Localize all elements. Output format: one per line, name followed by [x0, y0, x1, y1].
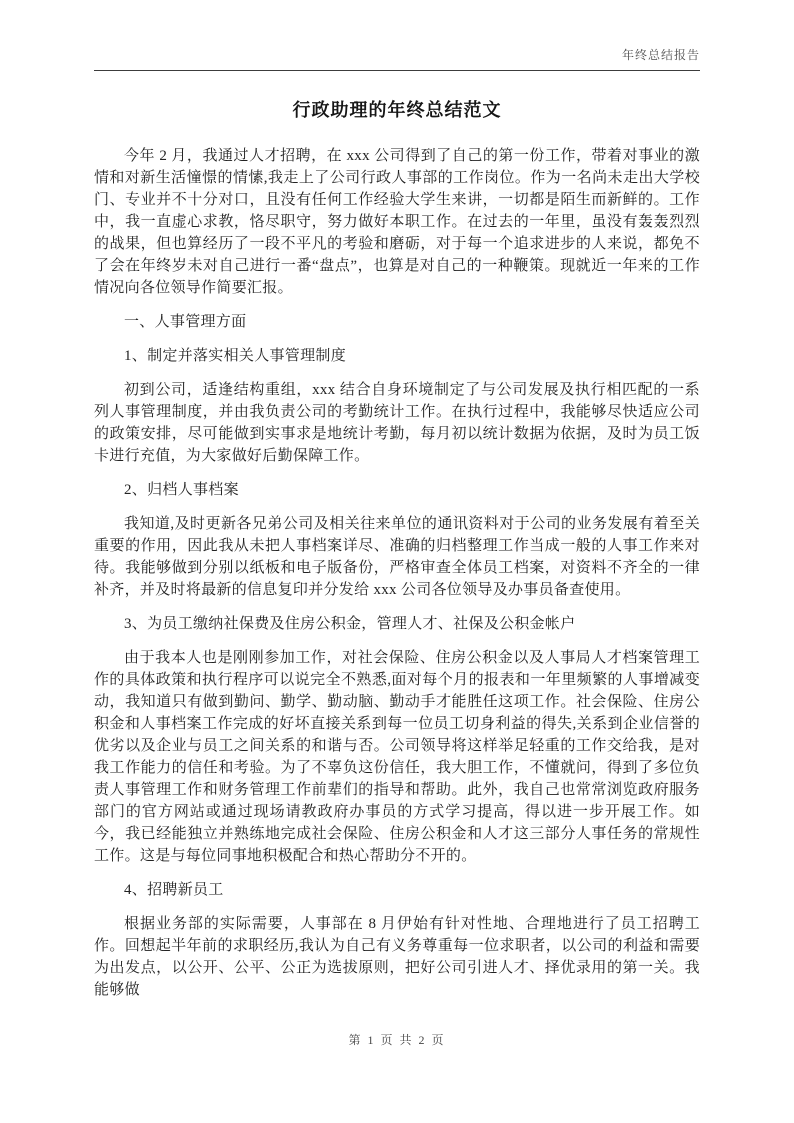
paragraph-subsection-2: 我知道,及时更新各兄弟公司及相关往来单位的通讯资料对于公司的业务发展有着至关重要… [94, 513, 700, 601]
document-title: 行政助理的年终总结范文 [94, 96, 700, 122]
subsection-heading-3: 3、为员工缴纳社保费及住房公积金，管理人才、社保及公积金帐户 [94, 613, 700, 635]
subsection-heading-1: 1、制定并落实相关人事管理制度 [94, 345, 700, 367]
header-text: 年终总结报告 [622, 48, 700, 62]
page-footer: 第 1 页 共 2 页 [0, 1031, 794, 1048]
paragraph-subsection-1: 初到公司，适逢结构重组，xxx 结合自身环境制定了与公司发展及执行相匹配的一系列… [94, 379, 700, 467]
page-header: 年终总结报告 [94, 46, 700, 71]
document-page: 年终总结报告 行政助理的年终总结范文 今年 2 月，我通过人才招聘，在 xxx … [0, 0, 794, 1123]
subsection-heading-4: 4、招聘新员工 [94, 879, 700, 901]
paragraph-intro: 今年 2 月，我通过人才招聘，在 xxx 公司得到了自己的第一份工作，带着对事业… [94, 145, 700, 299]
subsection-heading-2: 2、归档人事档案 [94, 479, 700, 501]
page-number: 第 1 页 共 2 页 [348, 1033, 445, 1047]
paragraph-subsection-4: 根据业务部的实际需要，人事部在 8 月伊始有针对性地、合理地进行了员工招聘工作。… [94, 913, 700, 1001]
section-heading-1: 一、人事管理方面 [94, 311, 700, 333]
paragraph-subsection-3: 由于我本人也是刚刚参加工作，对社会保险、住房公积金以及人事局人才档案管理工作的具… [94, 647, 700, 867]
document-body: 今年 2 月，我通过人才招聘，在 xxx 公司得到了自己的第一份工作，带着对事业… [94, 145, 700, 1001]
